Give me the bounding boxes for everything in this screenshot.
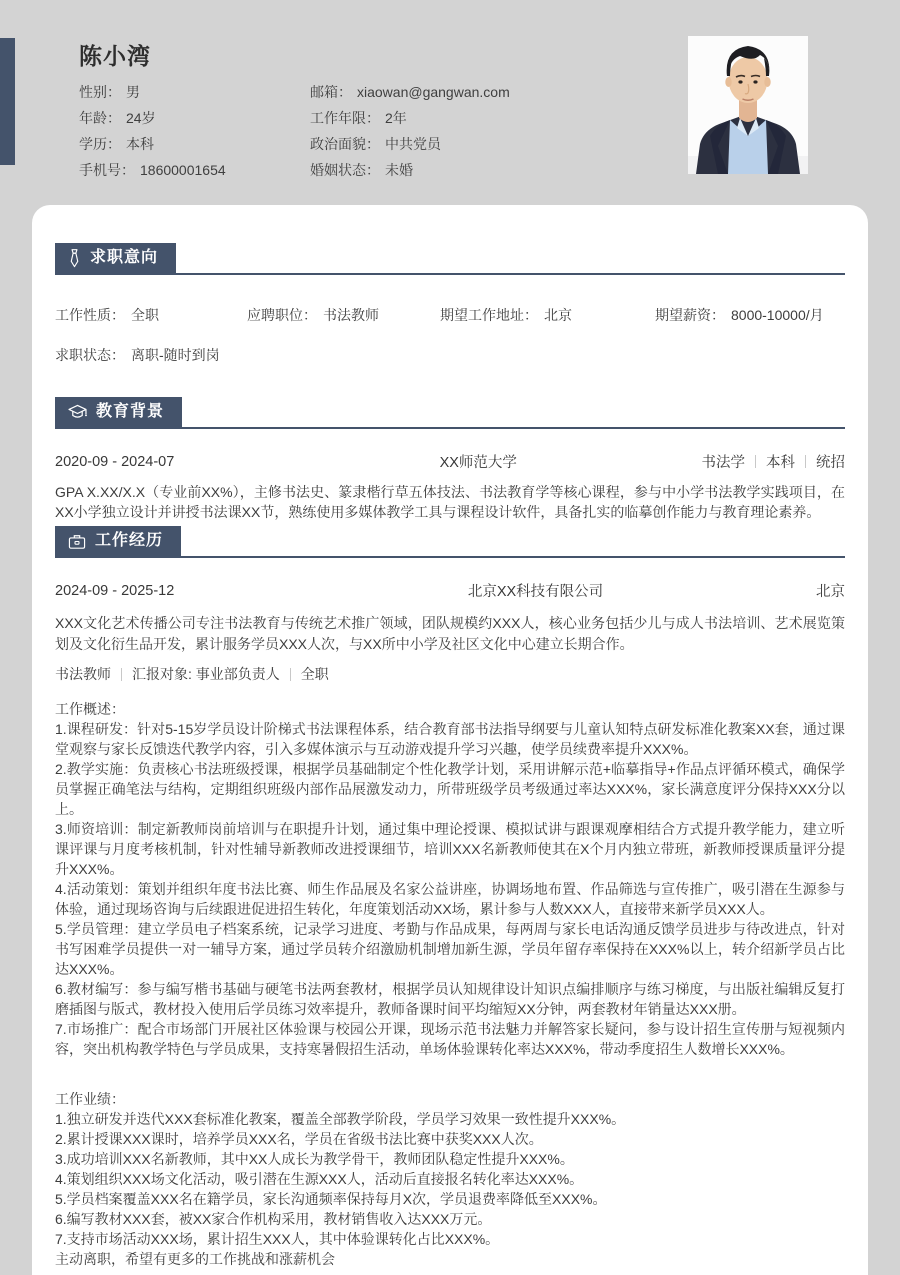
info-item-email: 邮箱： xiaowan@gangwan.com [310,83,510,109]
graduation-cap-icon [68,404,87,420]
section-title-text: 求职意向 [90,243,158,273]
field-location-value: 北京 [544,307,572,323]
work-achievement-item: 2.累计授课XXX课时，培养学员XXX名，学员在省级书法比赛中获奖XXX人次。 [55,1129,845,1149]
info-value-email: xiaowan@gangwan.com [357,83,510,101]
info-item-work-years: 工作年限： 2年 [310,109,510,135]
section-job-intent: 求职意向 工作性质：全职 应聘职位：书法教师 期望工作地址：北京 期望薪资：80… [55,243,845,365]
header-info-right-column: 邮箱： xiaowan@gangwan.com 工作年限： 2年 政治面貌： 中… [310,83,510,187]
info-label-age: 年龄： [79,109,121,127]
field-position-value: 书法教师 [323,307,379,323]
field-position-label: 应聘职位： [247,307,317,323]
info-item-political-status: 政治面貌： 中共党员 [310,135,510,161]
work-achievement-item: 6.编写教材XXX套，被XX家合作机构采用，教材销售收入达XXX万元。 [55,1209,845,1229]
header-info-left-column: 性别： 男 年龄： 24岁 学历： 本科 手机号： 18600001654 [79,83,310,187]
info-label-education: 学历： [79,135,121,153]
candidate-name: 陈小湾 [79,38,151,71]
info-item-marital-status: 婚姻状态： 未婚 [310,161,510,187]
work-achievement-item: 4.策划组织XXX场文化活动，吸引潜在生源XXX人，活动后直接报名转化率达XXX… [55,1169,845,1189]
separator [290,668,291,681]
info-label-political-status: 政治面貌： [310,135,380,153]
work-achievement-item: 5.学员档案覆盖XXX名在籍学员，家长沟通频率保持每月X次，学员退费率降低至XX… [55,1189,845,1209]
company-intro: XXX文化艺术传播公司专注书法教育与传统艺术推广领域，团队规模约XXX人，核心业… [55,613,845,655]
work-achievement-item: 1.独立研发并迭代XXX套标准化教案，覆盖全部教学阶段，学员学习效果一致性提升X… [55,1109,845,1129]
separator [755,455,756,468]
info-item-phone: 手机号： 18600001654 [79,161,310,187]
section-title-work: 工作经历 [55,526,181,556]
work-employment-type: 全职 [301,664,329,684]
field-salary-label: 期望薪资： [655,307,725,323]
education-description: GPA X.XX/X.X（专业前XX%），主修书法史、篆隶楷行草五体技法、书法教… [55,482,845,522]
work-date: 2024-09 - 2025-12 [55,583,255,599]
field-work-type-label: 工作性质： [55,307,125,323]
field-location: 期望工作地址：北京 [440,305,655,325]
education-meta-row: 2020-09 - 2024-07 XX师范大学 书法学 本科 统招 [55,451,845,472]
work-overview-item: 3.师资培训：制定新教师岗前培训与在职提升计划，通过集中理论授课、模拟试讲与跟课… [55,819,845,879]
info-item-gender: 性别： 男 [79,83,310,109]
info-item-education: 学历： 本科 [79,135,310,161]
work-achievement-item: 7.支持市场活动XXX场，累计招生XXX人，其中体验课转化占比XXX%。 [55,1229,845,1249]
field-job-status: 求职状态：离职-随时到岗 [55,345,220,365]
work-description: 工作概述： 1.课程研发：针对5-15岁学员设计阶梯式书法课程体系，结合教育部书… [55,699,845,1269]
info-label-phone: 手机号： [79,161,135,179]
separator [805,455,806,468]
work-location: 北京 [816,580,845,601]
work-achievements-title: 工作业绩： [55,1089,845,1109]
header-accent-bar [0,38,15,165]
info-value-gender: 男 [126,83,140,101]
education-school: XX师范大学 [255,451,702,472]
work-overview-item: 1.课程研发：针对5-15岁学员设计阶梯式书法课程体系，结合教育部书法指导纲要与… [55,719,845,759]
education-major: 书法学 [702,451,746,472]
tie-icon [68,248,81,269]
field-position: 应聘职位：书法教师 [247,305,440,325]
info-label-work-years: 工作年限： [310,109,380,127]
work-overview-item: 6.教材编写：参与编写楷书基础与硬笔书法两套教材，根据学员认知规律设计知识点编排… [55,979,845,1019]
education-date: 2020-09 - 2024-07 [55,454,255,470]
info-label-marital-status: 婚姻状态： [310,161,380,179]
work-overview-title: 工作概述： [55,699,845,719]
info-value-marital-status: 未婚 [385,161,413,179]
blank-line [55,1059,845,1089]
leaving-reason: 主动离职，希望有更多的工作挑战和涨薪机会 [55,1249,845,1269]
info-value-political-status: 中共党员 [385,135,441,153]
work-overview-item: 2.教学实施：负责核心书法班级授课，根据学员基础制定个性化教学计划，采用讲解示范… [55,759,845,819]
briefcase-icon [68,533,86,550]
section-title-text: 教育背景 [96,397,164,427]
info-label-email: 邮箱： [310,83,352,101]
work-overview-item: 5.学员管理：建立学员电子档案系统，记录学习进度、考勤与作品成果，每两周与家长电… [55,919,845,979]
field-job-status-label: 求职状态： [55,347,125,363]
field-salary-value: 8000-10000/月 [731,307,824,323]
field-location-label: 期望工作地址： [440,307,538,323]
profile-photo [688,36,808,174]
info-item-age: 年龄： 24岁 [79,109,310,135]
info-value-phone: 18600001654 [140,161,226,179]
work-overview-item: 4.活动策划：策划并组织年度书法比赛、师生作品展及名家公益讲座，协调场地布置、作… [55,879,845,919]
work-achievement-item: 3.成功培训XXX名新教师，其中XX人成长为教学骨干，教师团队稳定性提升XXX%… [55,1149,845,1169]
section-head-work: 工作经历 [55,526,845,558]
info-value-age: 24岁 [126,109,156,127]
field-work-type-value: 全职 [131,307,159,323]
work-position: 书法教师 [55,664,111,684]
education-enrollment-type: 统招 [816,451,845,472]
field-job-status-value: 离职-随时到岗 [131,347,220,363]
profile-photo-illustration [688,36,808,174]
job-intent-row-2: 求职状态：离职-随时到岗 [55,345,845,365]
section-title-text: 工作经历 [95,526,163,556]
section-head-education: 教育背景 [55,397,845,429]
work-meta-row: 2024-09 - 2025-12 北京XX科技有限公司 北京 [55,580,845,601]
education-degree: 本科 [766,451,795,472]
section-education: 教育背景 2020-09 - 2024-07 XX师范大学 书法学 本科 统招 … [55,397,845,522]
info-value-work-years: 2年 [385,109,407,127]
section-work: 工作经历 2024-09 - 2025-12 北京XX科技有限公司 北京 XXX… [55,526,845,1269]
work-report-to: 汇报对象: 事业部负责人 [132,664,280,684]
work-company: 北京XX科技有限公司 [255,580,816,601]
section-head-job-intent: 求职意向 [55,243,845,275]
section-title-education: 教育背景 [55,397,182,427]
job-intent-row-1: 工作性质：全职 应聘职位：书法教师 期望工作地址：北京 期望薪资：8000-10… [55,305,845,325]
work-position-row: 书法教师 汇报对象: 事业部负责人 全职 [55,664,845,684]
header-info-block: 性别： 男 年龄： 24岁 学历： 本科 手机号： 18600001654 [79,83,510,187]
resume-card: 求职意向 工作性质：全职 应聘职位：书法教师 期望工作地址：北京 期望薪资：80… [32,205,868,1275]
info-value-education: 本科 [126,135,154,153]
info-label-gender: 性别： [79,83,121,101]
education-tags: 书法学 本科 统招 [702,451,846,472]
field-salary: 期望薪资：8000-10000/月 [655,305,824,325]
work-overview-item: 7.市场推广：配合市场部门开展社区体验课与校园公开课，现场示范书法魅力并解答家长… [55,1019,845,1059]
field-work-type: 工作性质：全职 [55,305,247,325]
section-title-job-intent: 求职意向 [55,243,176,273]
separator [121,668,122,681]
resume-page: 陈小湾 性别： 男 年龄： 24岁 学历： 本科 手机号： 1860000165… [0,0,900,1275]
